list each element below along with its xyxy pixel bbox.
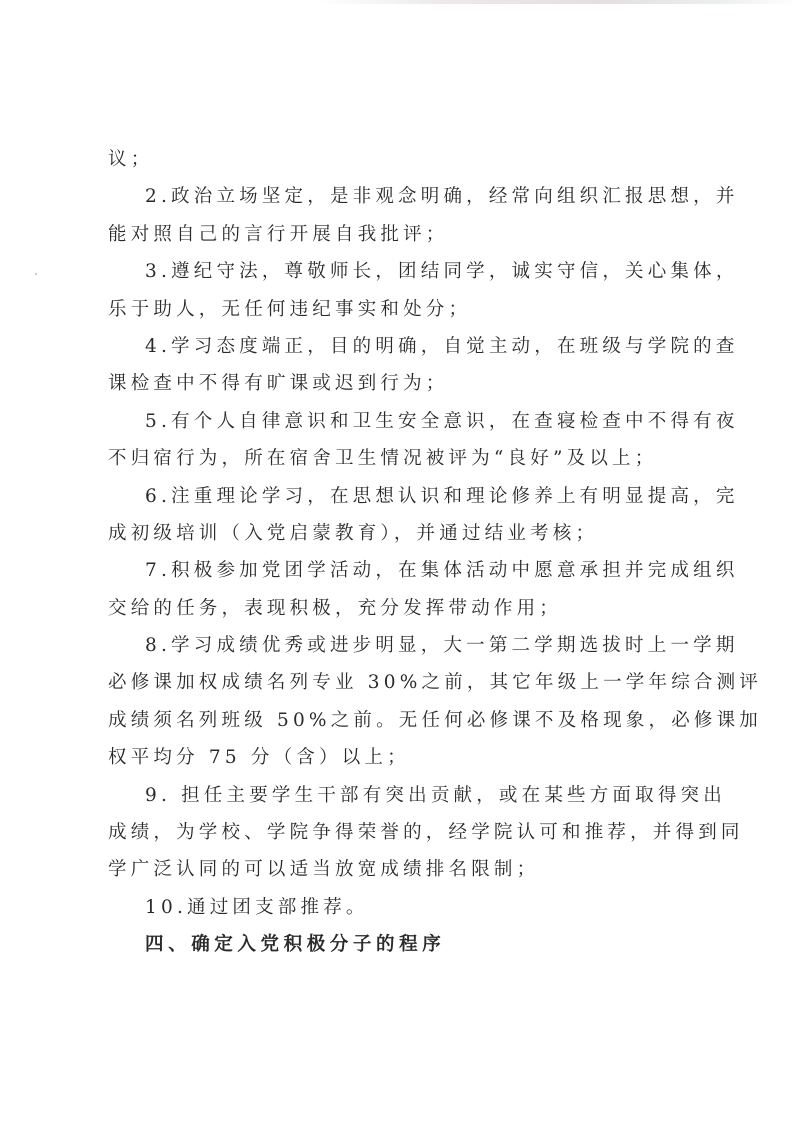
list-item-8-line-4: 权平均分 75 分（含）以上； [108,744,698,781]
list-item-8-line-2: 必修课加权成绩名列专业 30%之前，其它年级上一学年综合测评 [108,669,698,706]
list-item-5-line-2: 不归宿行为，所在宿舍卫生情况被评为“良好”及以上； [108,445,698,482]
document-page: 议； 2.政治立场坚定，是非观念明确，经常向组织汇报思想，并 能对照自己的言行开… [108,146,698,969]
list-item-2-line-1: 2.政治立场坚定，是非观念明确，经常向组织汇报思想，并 [108,183,698,220]
list-item-9-line-2: 成绩，为学校、学院争得荣誉的，经学院认可和推荐，并得到同 [108,819,698,856]
list-item-2-line-2: 能对照自己的言行开展自我批评； [108,221,698,258]
text-line: 议； [108,146,698,183]
list-item-8-line-3: 成绩须名列班级 50%之前。无任何必修课不及格现象，必修课加 [108,707,698,744]
list-item-8-line-1: 8.学习成绩优秀或进步明显，大一第二学期选拔时上一学期 [108,632,698,669]
scan-speck [35,273,37,275]
list-item-3-line-2: 乐于助人，无任何违纪事实和处分； [108,296,698,333]
list-item-5-line-1: 5.有个人自律意识和卫生安全意识，在查寝检查中不得有夜 [108,408,698,445]
scan-top-edge [0,0,799,4]
list-item-4-line-1: 4.学习态度端正，目的明确，自觉主动，在班级与学院的查 [108,333,698,370]
list-item-9-line-1: 9. 担任主要学生干部有突出贡献，或在某些方面取得突出 [108,782,698,819]
list-item-10: 10.通过团支部推荐。 [108,894,698,931]
section-heading: 四、确定入党积极分子的程序 [108,931,698,968]
list-item-6-line-1: 6.注重理论学习，在思想认识和理论修养上有明显提高，完 [108,483,698,520]
list-item-4-line-2: 课检查中不得有旷课或迟到行为； [108,370,698,407]
list-item-7-line-2: 交给的任务，表现积极，充分发挥带动作用； [108,595,698,632]
list-item-6-line-2: 成初级培训（入党启蒙教育），并通过结业考核； [108,520,698,557]
list-item-9-line-3: 学广泛认同的可以适当放宽成绩排名限制； [108,856,698,893]
list-item-7-line-1: 7.积极参加党团学活动，在集体活动中愿意承担并完成组织 [108,557,698,594]
list-item-3-line-1: 3.遵纪守法，尊敬师长，团结同学，诚实守信，关心集体， [108,258,698,295]
